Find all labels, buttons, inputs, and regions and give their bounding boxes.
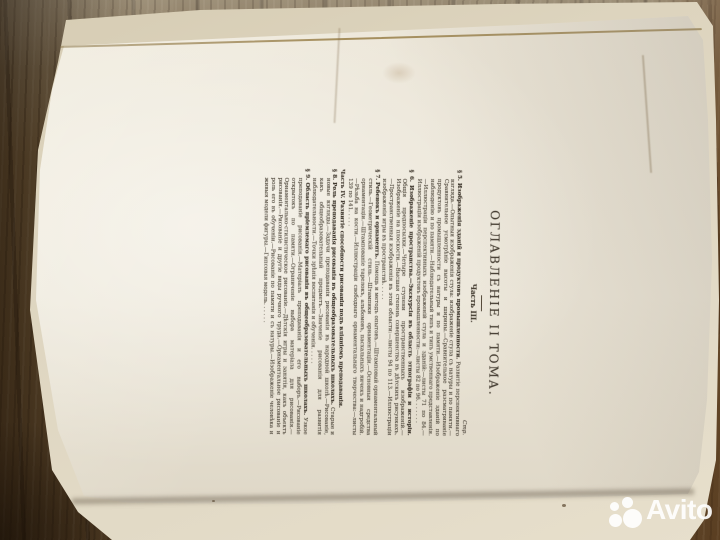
entry-number: § 8. — [331, 169, 337, 180]
page-title: ОГЛАВЛЕНІЕ II ТОМА. — [486, 170, 502, 436]
avito-watermark: Avito — [609, 492, 712, 532]
photo-of-antique-book-page: ОГЛАВЛЕНІЕ II ТОМА. Часть III. Стр. § 5.… — [0, 0, 720, 540]
toc-entry: § 9. Область пріемлемаго рисованія въ об… — [260, 168, 309, 434]
page-speck — [212, 500, 215, 502]
entry-body: Развитіе перспективнаго взгляда.—Опытныя… — [414, 179, 461, 436]
title-divider — [481, 295, 482, 311]
avito-wordmark: Avito — [646, 492, 712, 528]
toc-entry: § 5. Изображенія зданій и продуктовъ про… — [413, 170, 462, 436]
entry-number: Часть IV. — [339, 169, 345, 198]
table-of-contents: ОГЛАВЛЕНІЕ II ТОМА. Часть III. Стр. § 5.… — [164, 168, 506, 437]
toc-entry: § 6. Изображеніе пространства.—Экскурсія… — [378, 169, 414, 435]
entry-number: § 6. — [408, 170, 414, 182]
toc-entry: § 7. Ребенокъ и орнаментъ. Помощь и мето… — [344, 169, 380, 435]
entry-body: Общія предпосылки.—Четыре ступени простр… — [380, 178, 407, 435]
entry-body: Узкое преподаваніе рисованія.—Матеріалъ … — [262, 177, 307, 434]
entry-number: § 7. — [374, 169, 380, 180]
page-stain — [382, 62, 416, 84]
entry-heading: Ребенокъ и орнаментъ. — [373, 182, 380, 259]
entry-number: § 9. — [304, 169, 310, 180]
part-heading: Часть III. — [468, 170, 479, 436]
avito-logo-icon — [609, 496, 643, 532]
page-speck — [562, 504, 566, 507]
entry-number: § 5. — [456, 170, 462, 181]
toc-entry: § 8. Роль преподаванія рисованія въ обще… — [308, 169, 337, 435]
